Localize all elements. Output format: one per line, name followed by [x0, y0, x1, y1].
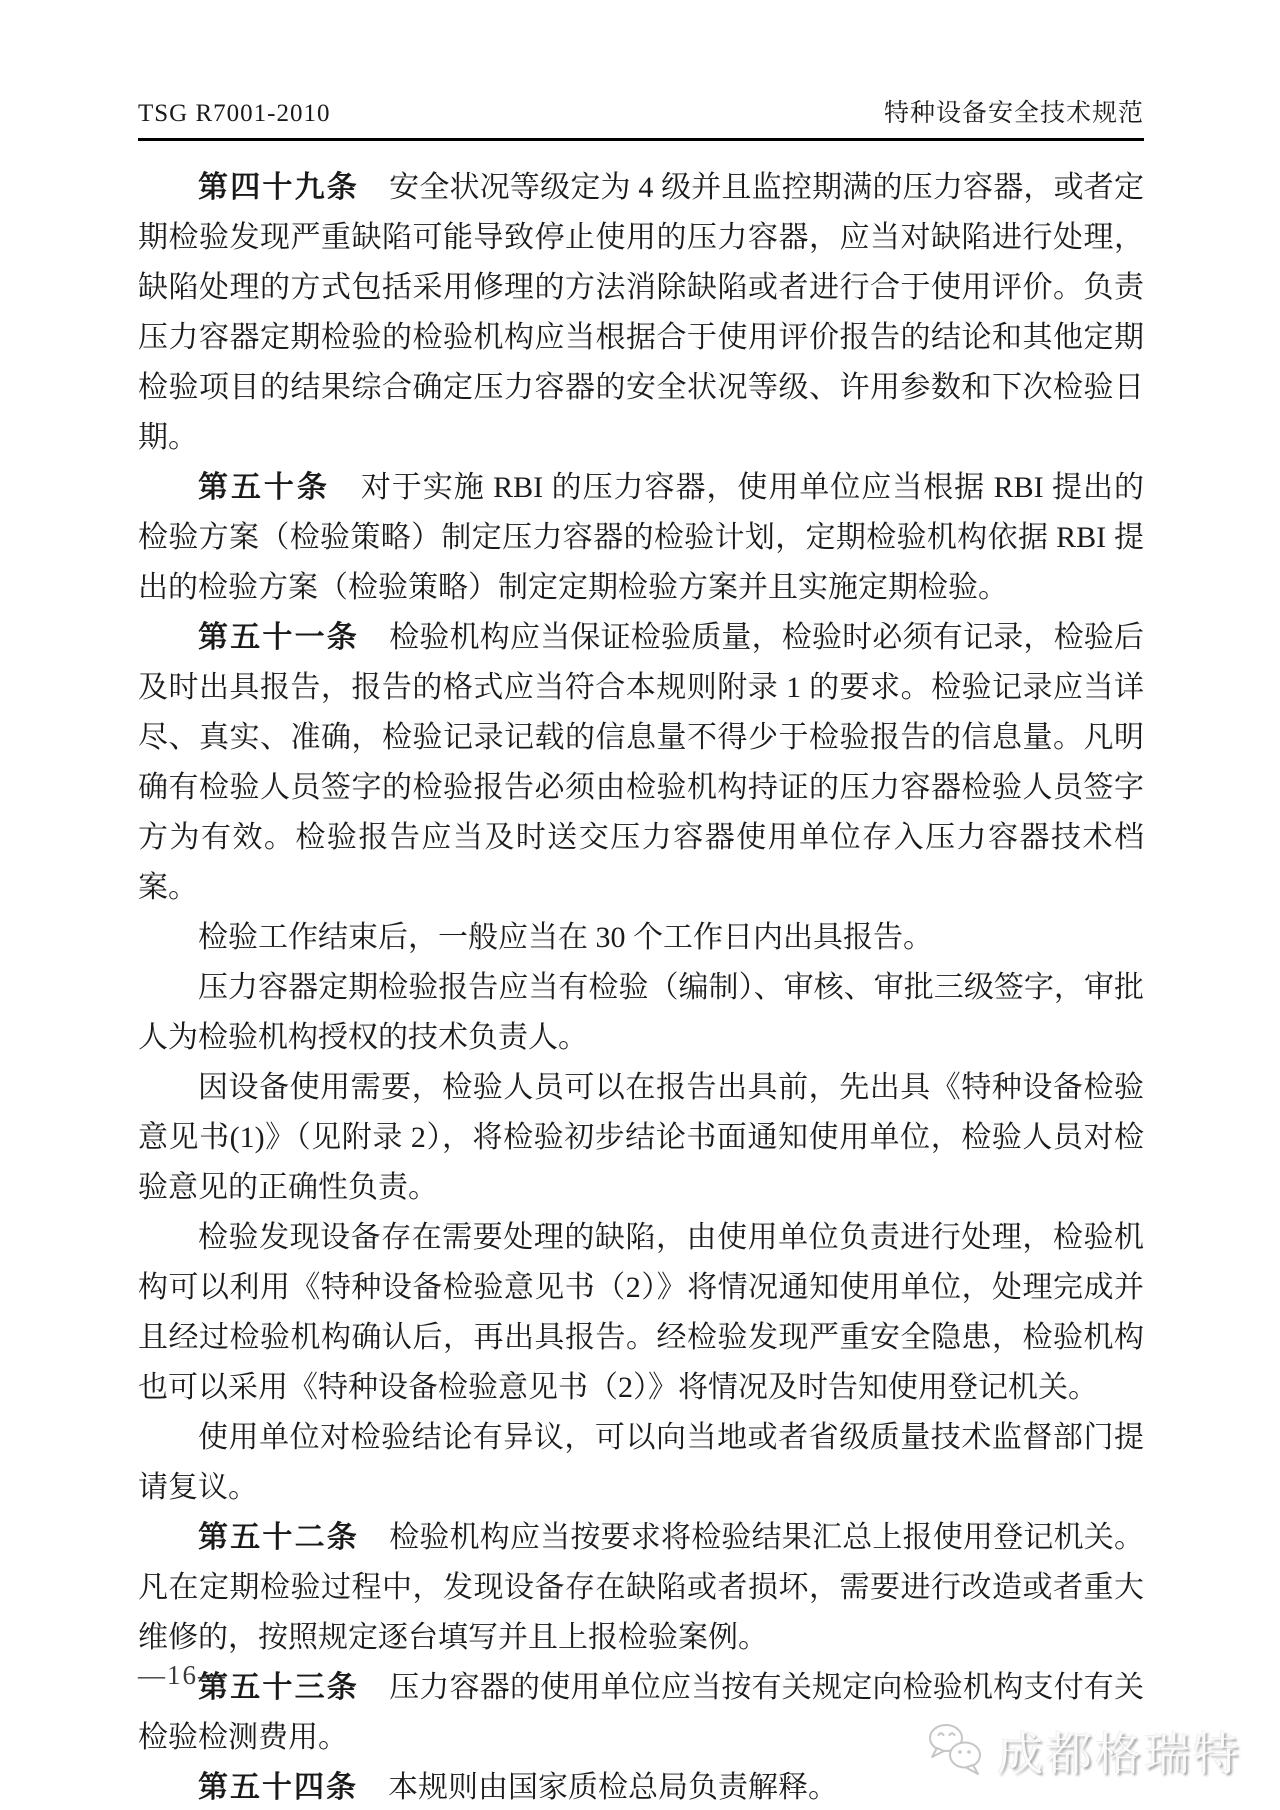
article-label: 第五十四条	[198, 1771, 358, 1804]
paragraph: 第五十条 对于实施 RBI 的压力容器，使用单位应当根据 RBI 提出的检验方案…	[138, 463, 1144, 613]
paragraph: 第五十二条 检验机构应当按要求将检验结果汇总上报使用登记机关。凡在定期检验过程中…	[138, 1513, 1144, 1663]
paragraph: 检验发现设备存在需要处理的缺陷，由使用单位负责进行处理，检验机构可以利用《特种设…	[138, 1213, 1144, 1413]
document-body: 第四十九条 安全状况等级定为 4 级并且监控期满的压力容器，或者定期检验发现严重…	[138, 163, 1144, 1810]
content-area: TSG R7001-2010 特种设备安全技术规范 第四十九条 安全状况等级定为…	[138, 100, 1144, 1810]
article-label: 第五十条	[198, 471, 330, 504]
page-number: —16—	[138, 1660, 227, 1691]
paragraph: 压力容器定期检验报告应当有检验（编制）、审核、审批三级签字，审批人为检验机构授权…	[138, 963, 1144, 1063]
document-page: TSG R7001-2010 特种设备安全技术规范 第四十九条 安全状况等级定为…	[0, 0, 1280, 1810]
watermark-text: 成都格瑞特	[997, 1718, 1242, 1784]
doc-code: TSG R7001-2010	[138, 100, 330, 129]
page-header: TSG R7001-2010 特种设备安全技术规范	[138, 100, 1144, 129]
article-label: 第五十一条	[198, 621, 359, 654]
paragraph: 第五十一条 检验机构应当保证检验质量，检验时必须有记录，检验后及时出具报告，报告…	[138, 613, 1144, 913]
article-label: 第五十二条	[198, 1521, 359, 1554]
paragraph: 使用单位对检验结论有异议，可以向当地或者省级质量技术监督部门提请复议。	[138, 1413, 1144, 1513]
watermark: 成都格瑞特	[925, 1718, 1242, 1784]
wechat-bubbles-icon	[925, 1722, 989, 1780]
doc-title: 特种设备安全技术规范	[884, 100, 1144, 129]
article-label: 第四十九条	[198, 171, 359, 204]
paragraph: 检验工作结束后，一般应当在 30 个工作日内出具报告。	[138, 913, 1144, 963]
paragraph: 第四十九条 安全状况等级定为 4 级并且监控期满的压力容器，或者定期检验发现严重…	[138, 163, 1144, 463]
paragraph: 因设备使用需要，检验人员可以在报告出具前，先出具《特种设备检验意见书(1)》（见…	[138, 1063, 1144, 1213]
header-rule	[138, 138, 1144, 141]
